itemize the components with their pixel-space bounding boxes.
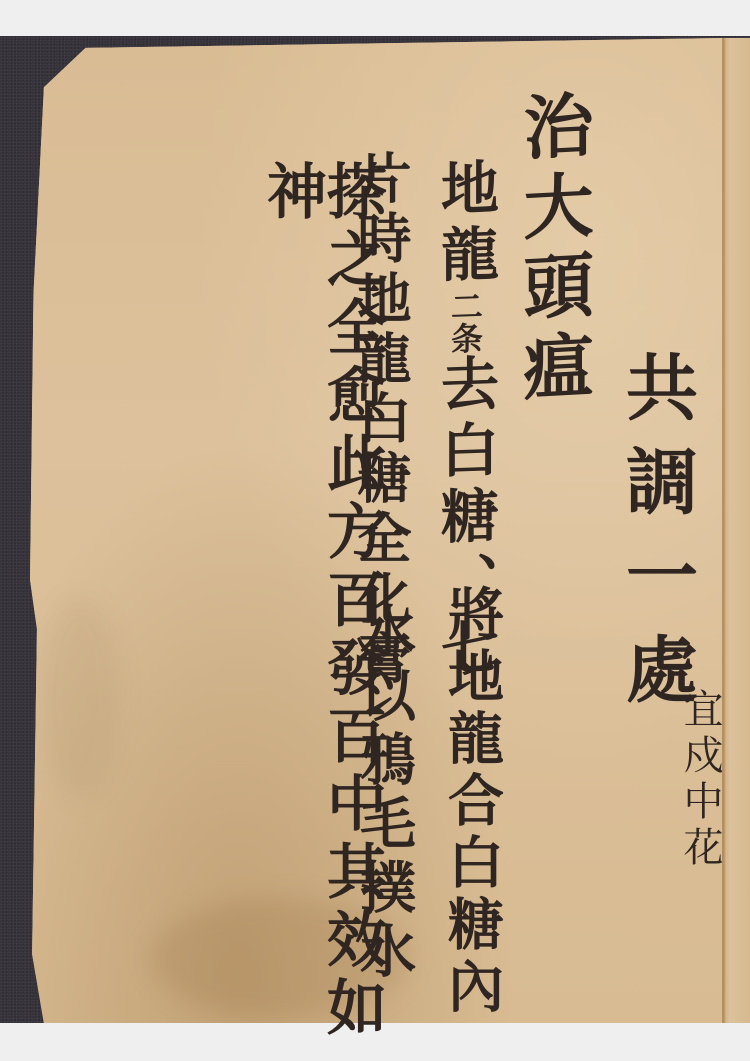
right-heading: 共調一處 [620, 350, 692, 726]
manuscript-text: 治大頭瘟 地龍二条去白糖、七 將地龍合白糖內 片時地龍白糖全化膏 水以鴉毛撲水 … [0, 0, 750, 1061]
text-column-2-continued: 將地龍合白糖內 [444, 585, 500, 1019]
image-frame: 治大頭瘟 地龍二条去白糖、七 將地龍合白糖內 片時地龍白糖全化膏 水以鴉毛撲水 … [0, 0, 750, 1061]
text-column-4: 搽之全愈此方百發百中其效如神 [262, 160, 382, 1061]
right-annotation: 宜戍中花 [680, 688, 720, 872]
ingredient-earthworm: 地龍 [431, 157, 499, 291]
prescription-title: 治大頭瘟 [518, 88, 588, 412]
quantity-note: 二条 [446, 289, 484, 354]
